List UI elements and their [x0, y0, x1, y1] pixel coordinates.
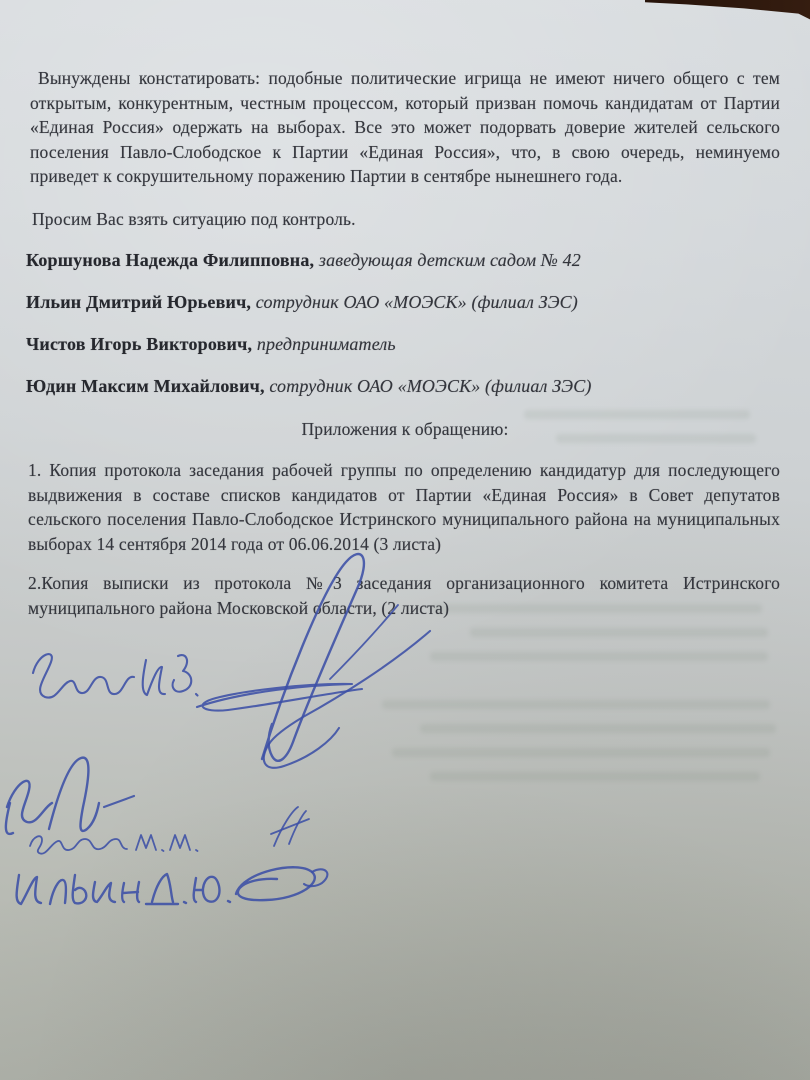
signatory-name: Юдин Максим Михайлович, [26, 376, 265, 396]
signatory-role: сотрудник ОАО «МОЭСК» (филиал ЗЭС) [269, 376, 591, 396]
signature-ilyin-dyu [17, 867, 328, 904]
attachments-heading: Приложения к обращению: [0, 417, 810, 442]
body-paragraph: Вынуждены констатировать: подобные полит… [30, 66, 780, 189]
signature-yudin-mm [30, 807, 309, 854]
attachment-item-1: 1. Копия протокола заседания рабочей гру… [28, 458, 780, 556]
signatory-korshunova: Коршунова Надежда Филипповна, заведующая… [26, 248, 790, 273]
signatory-role: заведующая детским садом № 42 [319, 250, 581, 270]
signature-2-flourish [6, 758, 134, 834]
handwritten-signatures-area [0, 545, 810, 935]
signatory-chistov: Чистов Игорь Викторович, предприниматель [26, 332, 790, 357]
signatory-name: Чистов Игорь Викторович, [26, 334, 252, 354]
signature-chistov-iv [33, 554, 430, 768]
signatory-ilyin: Ильин Дмитрий Юрьевич, сотрудник ОАО «МО… [26, 290, 790, 315]
signatory-yudin: Юдин Максим Михайлович, сотрудник ОАО «М… [26, 374, 790, 399]
signatory-role: сотрудник ОАО «МОЭСК» (филиал ЗЭС) [256, 292, 578, 312]
request-line: Просим Вас взять ситуацию под контроль. [32, 207, 772, 232]
signatory-role: предприниматель [257, 334, 396, 354]
signatory-name: Коршунова Надежда Филипповна, [26, 250, 314, 270]
signatory-name: Ильин Дмитрий Юрьевич, [26, 292, 251, 312]
